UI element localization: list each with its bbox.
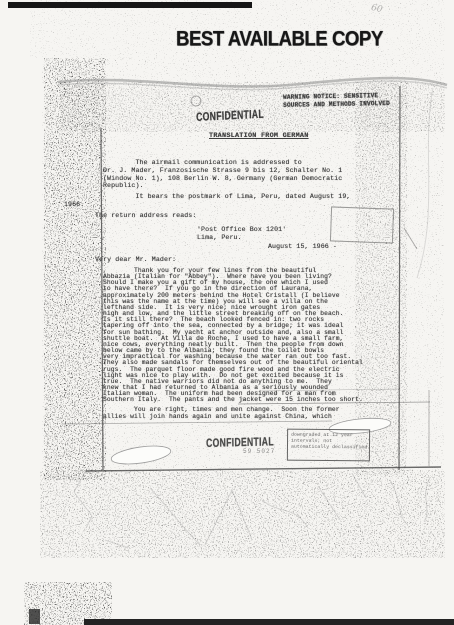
warning-notice-stamp: WARNING NOTICE: SENSITIVE SOURCES AND ME… — [283, 92, 390, 110]
letter-date-line: August 15, 1966 - — [268, 243, 337, 251]
censor-box-outline — [330, 207, 393, 243]
scanned-document-page: BEST AVAILABLE COPY WARNING NOTICE: SENS… — [0, 0, 454, 625]
crease-curve — [417, 88, 433, 278]
scribbles — [74, 470, 430, 548]
return-address-label: The return address reads: — [95, 212, 196, 220]
pen-tick — [404, 228, 417, 249]
letter-body: Thank you for your few lines from the be… — [103, 268, 363, 403]
handwritten-60-mark: 60 — [370, 3, 383, 15]
torn-edge-line — [58, 78, 447, 86]
stamp-number: 59 5027 — [243, 448, 275, 455]
addressee-paragraph: The airmail communication is addressed t… — [103, 159, 342, 190]
bottom-left-mark — [29, 609, 40, 624]
postmark-paragraph: It bears the postmark of Lima, Peru, dat… — [103, 193, 350, 201]
bottom-border-line — [86, 467, 441, 471]
top-black-bar — [8, 2, 252, 8]
right-border-line — [399, 86, 400, 470]
best-available-copy-stamp: BEST AVAILABLE COPY — [176, 27, 383, 52]
white-streak-left — [110, 443, 172, 467]
salutation: Very dear Mr. Mader: — [95, 256, 176, 264]
closing-paragraph: You are right, times and men change. Soo… — [103, 407, 340, 421]
declassification-box: downgraded at 12 year intervals; not aut… — [287, 429, 370, 462]
return-address: 'Post Office Box 1201' Lima, Peru. — [197, 226, 286, 242]
ring-mark — [191, 96, 201, 106]
postmark-year: 1966. — [64, 201, 84, 209]
bottom-black-bar — [84, 619, 454, 625]
translation-heading: TRANSLATION FROM GERMAN — [209, 133, 309, 141]
